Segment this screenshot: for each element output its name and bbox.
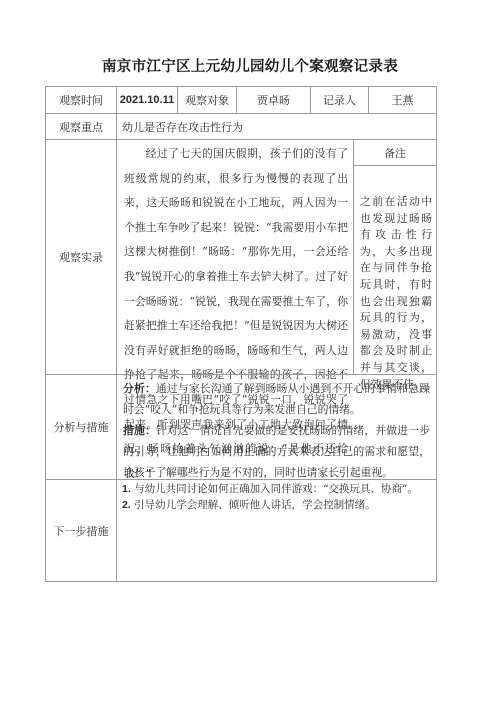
- focus-label: 观察重点: [46, 113, 116, 139]
- record-label: 观察实录: [46, 139, 116, 374]
- analysis-heading: 分析：: [123, 382, 156, 395]
- document-title: 南京市江宁区上元幼儿园幼儿个案观察记录表: [0, 55, 500, 76]
- measure-heading: 措施：: [123, 424, 156, 437]
- focus-value: 幼儿是否存在攻击性行为: [116, 113, 436, 139]
- subject-label: 观察对象: [177, 87, 236, 113]
- note-label: 备注: [353, 139, 436, 165]
- analysis-label: 分析与措施: [46, 374, 116, 479]
- observation-table: 观察时间 2021.10.11 观察对象 贾卓旸 记录人 王燕 观察重点 幼儿是…: [45, 86, 437, 582]
- time-label: 观察时间: [46, 87, 116, 113]
- analysis-text: 通过与家长沟通了解到旸旸从小遇到不开心的事情和急躁时会“咬人”和争抢玩具等行为来…: [123, 382, 430, 416]
- measure-text: 针对这一情况首先要做的是安抚旸旸的情绪，并做进一步的引导，让他明白如何用正确的方…: [123, 424, 430, 479]
- analysis-content: 分析：通过与家长沟通了解到旸旸从小遇到不开心的事情和急躁时会“咬人”和争抢玩具等…: [116, 374, 436, 479]
- next-step-item: 1. 与幼儿共同讨论如何正确加入同伴游戏：“交换玩具、协商”。: [122, 481, 430, 497]
- recorder-label: 记录人: [310, 87, 368, 113]
- next-step-item: 2. 引导幼儿学会理解、倾听他人讲话，学会控制情绪。: [122, 497, 430, 513]
- next-steps-list: 1. 与幼儿共同讨论如何正确加入同伴游戏：“交换玩具、协商”。 2. 引导幼儿学…: [116, 479, 436, 581]
- subject-value: 贾卓旸: [236, 87, 310, 113]
- record-text: 经过了七天的国庆假期，孩子们的没有了班级常规的约束，很多行为慢慢的表现了出来，这…: [116, 139, 353, 374]
- next-steps-label: 下一步措施: [46, 479, 116, 581]
- note-text: 之前在活动中也发现过旸旸有攻击性行为，大多出现在与同伴争抢玩具时，有时也会出现独…: [353, 165, 436, 374]
- recorder-value: 王燕: [368, 87, 436, 113]
- time-value: 2021.10.11: [116, 87, 177, 113]
